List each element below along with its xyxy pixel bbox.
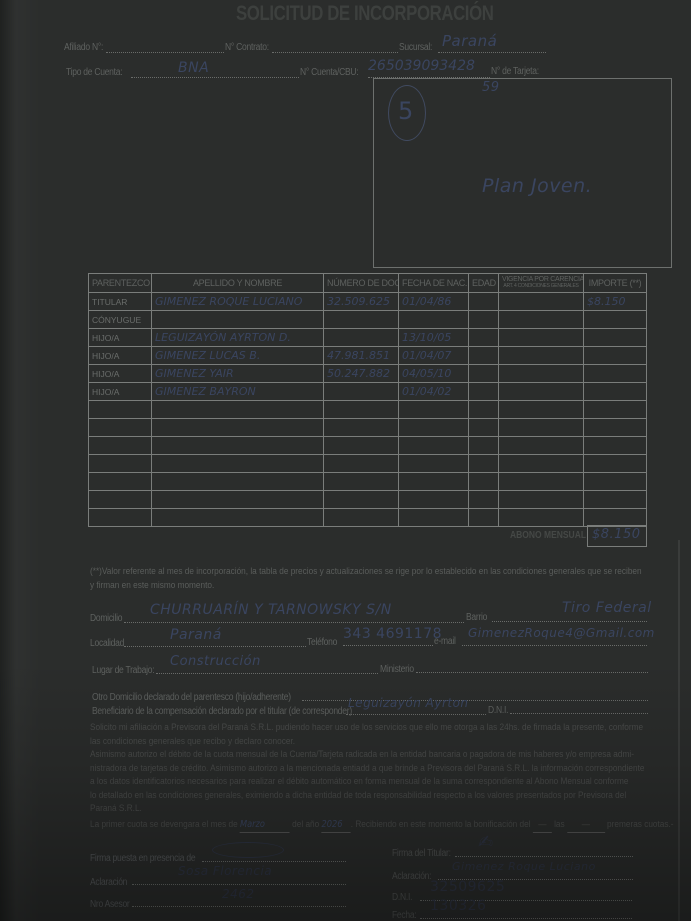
aclaracion-right-label: Aclaración:: [392, 871, 431, 882]
header-vigencia-sub: ART. 4 CONDICIONES GENERALES: [502, 283, 580, 290]
aclaracion-left-field[interactable]: [132, 884, 346, 885]
cell-vigencia[interactable]: [499, 293, 584, 311]
legal-line: Solicito mi afiliación a Previsora del P…: [90, 722, 643, 735]
cell-importe[interactable]: [584, 491, 647, 509]
tipo-cuenta-value: BNA: [178, 60, 209, 76]
cell-edad[interactable]: [469, 473, 499, 491]
cell-vigencia[interactable]: [499, 509, 584, 527]
box-number: 59: [482, 80, 500, 95]
primer-cuota-mes[interactable]: Marzo: [240, 819, 290, 833]
cell-importe[interactable]: [584, 509, 647, 527]
email-field[interactable]: [462, 645, 647, 646]
cell-importe[interactable]: [584, 365, 647, 383]
cell-fecha[interactable]: [399, 509, 469, 527]
header-vigencia: VIGENCIA POR CARENCIA ART. 4 CONDICIONES…: [499, 274, 584, 293]
cell-parentesco: [89, 455, 152, 473]
barrio-field[interactable]: [492, 621, 647, 622]
cell-fecha[interactable]: [399, 491, 469, 509]
tarjeta-label: N° de Tarjeta:: [491, 66, 539, 77]
cell-parentesco: HIJO/A: [89, 347, 152, 365]
nro-asesor-field[interactable]: [132, 906, 346, 907]
cell-nombre[interactable]: [152, 473, 324, 491]
ministerio-label: Ministerio: [380, 664, 414, 675]
cell-parentesco: [89, 419, 152, 437]
table-row: CÓNYUGUE: [89, 311, 647, 329]
aclaracion-left-value: Sosa Florencia: [178, 864, 272, 878]
cell-edad[interactable]: [469, 383, 499, 401]
cell-fecha[interactable]: 13/10/05: [399, 329, 469, 347]
email-label: e-mail: [434, 636, 456, 647]
cell-vigencia[interactable]: [499, 473, 584, 491]
cell-doc[interactable]: 32.509.625: [324, 293, 399, 311]
cell-parentesco: TITULAR: [89, 293, 152, 311]
cell-nombre[interactable]: [152, 419, 324, 437]
cell-nombre[interactable]: [152, 455, 324, 473]
cell-edad[interactable]: [469, 419, 499, 437]
cell-edad[interactable]: [469, 329, 499, 347]
fecha-field[interactable]: [420, 918, 632, 919]
cell-nombre[interactable]: GIMENEZ ROQUE LUCIANO: [152, 293, 324, 311]
cell-nombre[interactable]: LEGUIZAYÓN AYRTON D.: [152, 329, 324, 347]
footnote-line-1: (**)Valor referente al mes de incorporac…: [90, 566, 642, 579]
legal-line: nistradora de tarjetas de crédito. Asimi…: [90, 763, 644, 776]
cell-edad[interactable]: [469, 311, 499, 329]
cell-vigencia[interactable]: [499, 491, 584, 509]
cell-nombre[interactable]: [152, 509, 324, 527]
nro-asesor-value: 2462: [222, 887, 255, 901]
notes-box: 5 59 Plan Joven.: [373, 78, 672, 268]
telefono-value: 343 4691178: [343, 626, 442, 642]
cell-parentesco: HIJO/A: [89, 383, 152, 401]
cell-doc[interactable]: [324, 311, 399, 329]
firma-titular-field[interactable]: [455, 856, 633, 857]
domicilio-value: CHURRUARÍN Y TARNOWSKY S/N: [150, 602, 392, 618]
legal-line: Paraná S.R.L.: [90, 803, 142, 816]
cell-parentesco: [89, 437, 152, 455]
legal-line: lo detallado en las condiciones generale…: [90, 790, 626, 803]
cell-doc[interactable]: [324, 473, 399, 491]
legal-line: Asimismo autorizo el débito de la cuota …: [90, 749, 634, 762]
domicilio-field[interactable]: [124, 622, 464, 623]
footnote-line-2: y firman en este mismo momento.: [90, 580, 214, 593]
nro-asesor-label: Nro Asesor: [90, 899, 129, 910]
cell-vigencia[interactable]: [499, 383, 584, 401]
cell-fecha[interactable]: 04/05/10: [399, 365, 469, 383]
cell-fecha[interactable]: [399, 437, 469, 455]
dni-field[interactable]: [510, 713, 648, 714]
cell-fecha[interactable]: [399, 455, 469, 473]
cell-fecha[interactable]: 01/04/02: [399, 383, 469, 401]
table-row: [89, 419, 647, 437]
cell-edad[interactable]: [469, 347, 499, 365]
header-importe: IMPORTE (**): [584, 274, 647, 293]
aclaracion-right-value: Gimenez Roque Luciano: [452, 860, 596, 873]
dni-bottom-value: 32509625: [430, 879, 505, 895]
firma-presencia-field[interactable]: [202, 861, 346, 862]
cell-doc[interactable]: [324, 329, 399, 347]
cell-vigencia[interactable]: [499, 437, 584, 455]
cell-parentesco: CÓNYUGUE: [89, 311, 152, 329]
cell-importe[interactable]: [584, 347, 647, 365]
circled-number: 5: [388, 85, 426, 141]
cell-nombre[interactable]: [152, 437, 324, 455]
cell-vigencia[interactable]: [499, 455, 584, 473]
cell-vigencia[interactable]: [499, 419, 584, 437]
cell-vigencia[interactable]: [499, 401, 584, 419]
trabajo-value: Construcción: [170, 654, 261, 669]
afiliado-label: Afiliado N°:: [64, 42, 103, 53]
afiliado-field[interactable]: [106, 52, 224, 53]
table-row: [89, 437, 647, 455]
cell-edad[interactable]: [469, 293, 499, 311]
telefono-label: Teléfono: [307, 637, 337, 648]
cell-importe[interactable]: [584, 383, 647, 401]
cell-edad[interactable]: [469, 509, 499, 527]
cell-fecha[interactable]: 01/04/86: [399, 293, 469, 311]
ministerio-field[interactable]: [416, 672, 648, 673]
cell-parentesco: HIJO/A: [89, 365, 152, 383]
cell-vigencia[interactable]: [499, 365, 584, 383]
titular-signature: ✍: [478, 832, 494, 853]
cell-edad[interactable]: [469, 437, 499, 455]
firma-titular-label: Firma del Titular:: [392, 848, 451, 859]
cell-doc[interactable]: [324, 437, 399, 455]
telefono-field[interactable]: [343, 645, 433, 646]
table-row: [89, 491, 647, 509]
table-header-row: PARENTEZCO APELLIDO Y NOMBRE NÚMERO DE D…: [89, 274, 647, 293]
email-value: GimenezRoque4@Gmail.com: [468, 626, 655, 640]
cell-vigencia[interactable]: [499, 347, 584, 365]
table-row: HIJO/AGIMENEZ YAIR50.247.88204/05/10: [89, 365, 647, 383]
cell-doc[interactable]: [324, 509, 399, 527]
cell-fecha[interactable]: 01/04/07: [399, 347, 469, 365]
cell-doc[interactable]: [324, 401, 399, 419]
sucursal-label: Sucursal:: [399, 42, 432, 53]
witness-signature: [212, 842, 284, 858]
table-row: HIJO/ALEGUIZAYÓN AYRTON D.13/10/05: [89, 329, 647, 347]
cell-edad[interactable]: [469, 491, 499, 509]
table-row: [89, 473, 647, 491]
table-row: HIJO/AGIMENEZ LUCAS B.47.981.85101/04/07: [89, 347, 647, 365]
header-nombre: APELLIDO Y NOMBRE: [152, 274, 324, 293]
trabajo-field[interactable]: [156, 673, 378, 674]
table-row: HIJO/AGIMENEZ BAYRON01/04/02: [89, 383, 647, 401]
contrato-field[interactable]: [272, 52, 398, 53]
cell-importe[interactable]: $8.150: [584, 293, 647, 311]
header-doc: NÚMERO DE DOC.: [324, 274, 399, 293]
bonificacion-del[interactable]: —: [533, 819, 552, 833]
barrio-value: Tiro Federal: [562, 600, 652, 616]
abono-value: $8.150: [592, 527, 641, 542]
cbu-label: N° Cuenta/CBU:: [300, 67, 358, 78]
header-edad: EDAD: [469, 274, 499, 293]
plan-note: Plan Joven.: [482, 175, 592, 197]
cell-nombre[interactable]: [152, 311, 324, 329]
cell-fecha[interactable]: [399, 401, 469, 419]
cell-vigencia[interactable]: [499, 329, 584, 347]
desk-background: [0, 0, 40, 921]
tipo-cuenta-field[interactable]: [131, 77, 299, 78]
page-edge: [678, 540, 680, 921]
table-row: [89, 455, 647, 473]
cell-importe[interactable]: [584, 473, 647, 491]
cell-parentesco: [89, 401, 152, 419]
cell-doc[interactable]: 50.247.882: [324, 365, 399, 383]
cell-doc[interactable]: 47.981.851: [324, 347, 399, 365]
cell-parentesco: [89, 491, 152, 509]
cell-parentesco: [89, 473, 152, 491]
primer-cuota-line: La primer cuota se devengara el mes de M…: [90, 819, 674, 833]
cell-parentesco: [89, 509, 152, 527]
page-title: SOLICITUD DE INCORPORACIÓN: [236, 2, 493, 26]
cell-importe[interactable]: [584, 419, 647, 437]
cell-importe[interactable]: [584, 455, 647, 473]
dni-label: D.N.I.: [488, 705, 508, 716]
table-row: TITULARGIMENEZ ROQUE LUCIANO32.509.62501…: [89, 293, 647, 311]
cell-nombre[interactable]: [152, 491, 324, 509]
cell-edad[interactable]: [469, 401, 499, 419]
fecha-label: Fecha:: [392, 910, 416, 921]
legal-line: a los datos identificatorios necesarios …: [90, 776, 628, 789]
cbu-value: 265039093428: [368, 58, 475, 74]
barrio-label: Barrio: [466, 612, 487, 623]
family-table: PARENTEZCO APELLIDO Y NOMBRE NÚMERO DE D…: [88, 273, 647, 527]
dni-bottom-label: D.N.I.: [392, 892, 412, 903]
cell-importe[interactable]: [584, 311, 647, 329]
cell-nombre[interactable]: GIMENEZ LUCAS B.: [152, 347, 324, 365]
table-row: [89, 509, 647, 527]
tipo-cuenta-label: Tipo de Cuenta:: [66, 67, 122, 78]
cell-doc[interactable]: [324, 419, 399, 437]
cell-fecha[interactable]: [399, 419, 469, 437]
localidad-field[interactable]: [124, 646, 306, 647]
cell-doc[interactable]: [324, 383, 399, 401]
abono-field[interactable]: $8.150: [587, 525, 647, 547]
cell-vigencia[interactable]: [499, 311, 584, 329]
primer-cuota-anio[interactable]: 2026: [322, 819, 351, 833]
header-parentesco: PARENTEZCO: [89, 274, 152, 293]
localidad-value: Paraná: [170, 627, 222, 643]
trabajo-label: Lugar de Trabajo:: [92, 665, 154, 676]
firma-presencia-label: Firma puesta en presencia de: [90, 853, 195, 864]
beneficiario-value: Leguizayón Ayrton: [348, 696, 469, 710]
legal-line: las condiciones generales que recibo y d…: [90, 736, 295, 749]
otro-domicilio-label: Otro Domicilio declarado del parentesco …: [92, 692, 291, 703]
cell-importe[interactable]: [584, 401, 647, 419]
cell-edad[interactable]: [469, 455, 499, 473]
fecha-value: 130326: [430, 898, 486, 914]
cell-nombre[interactable]: [152, 401, 324, 419]
contrato-label: N° Contrato:: [225, 42, 269, 53]
cell-edad[interactable]: [469, 365, 499, 383]
aclaracion-left-label: Aclaración: [90, 877, 127, 888]
header-fecha: FECHA DE NAC.: [399, 274, 469, 293]
beneficiario-field[interactable]: [346, 714, 486, 715]
cell-doc[interactable]: [324, 455, 399, 473]
cell-importe[interactable]: [584, 329, 647, 347]
sucursal-value: Paraná: [442, 32, 497, 50]
cell-importe[interactable]: [584, 437, 647, 455]
cell-parentesco: HIJO/A: [89, 329, 152, 347]
cell-fecha[interactable]: [399, 311, 469, 329]
sucursal-field[interactable]: [438, 52, 546, 53]
domicilio-label: Domicilio: [90, 613, 122, 624]
cell-nombre[interactable]: GIMENEZ YAIR: [152, 365, 324, 383]
beneficiario-label: Beneficiario de la compensación declarad…: [92, 706, 352, 717]
cell-fecha[interactable]: [399, 473, 469, 491]
localidad-label: Localidad: [90, 638, 124, 649]
cell-doc[interactable]: [324, 491, 399, 509]
abono-label: ABONO MENSUAL: [510, 530, 586, 541]
table-row: [89, 401, 647, 419]
cell-nombre[interactable]: GIMENEZ BAYRON: [152, 383, 324, 401]
bonificacion-las[interactable]: —: [567, 819, 605, 833]
